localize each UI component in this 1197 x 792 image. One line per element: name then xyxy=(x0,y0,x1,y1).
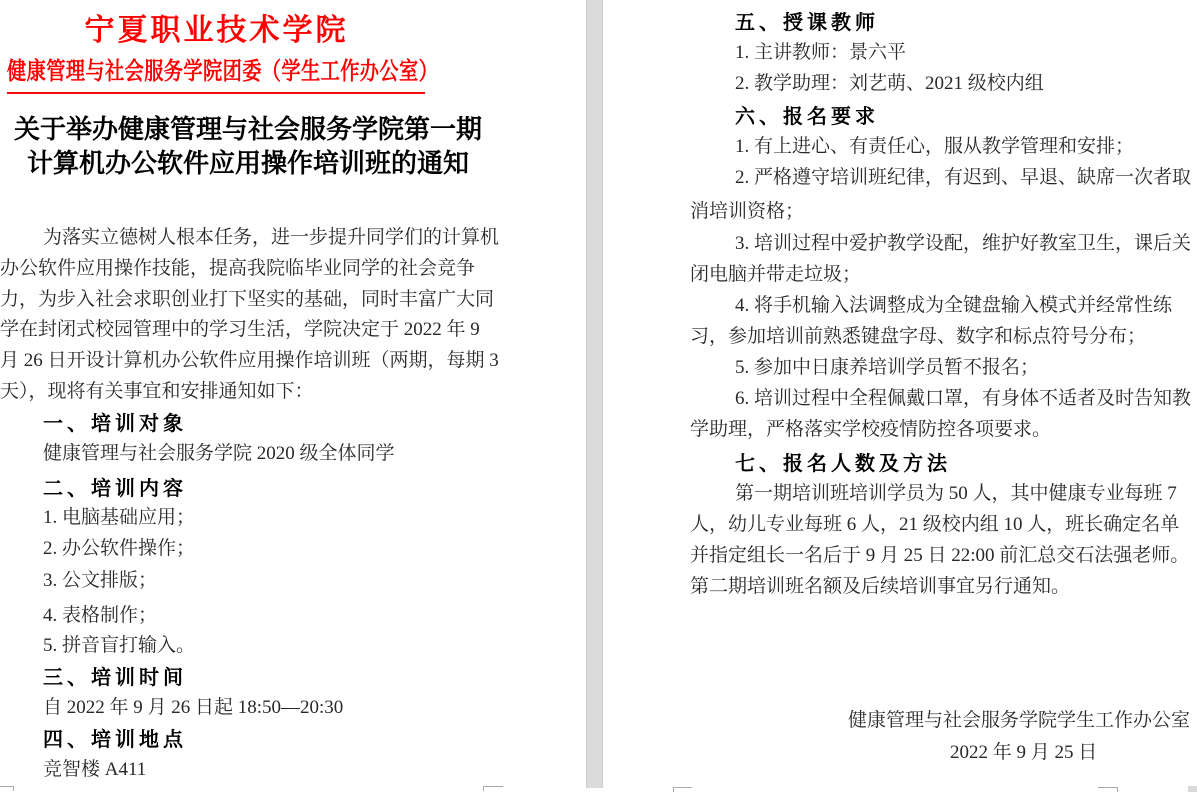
document-view: 宁夏职业技术学院 健康管理与社会服务学院团委（学生工作办公室） 关于举办健康管理… xyxy=(0,0,1197,792)
signature-line: 健康管理与社会服务学院学生工作办公室 xyxy=(848,705,1190,732)
section-heading: 二、培训内容 xyxy=(43,472,187,501)
text-boundary-mark xyxy=(1098,787,1118,792)
text-boundary-mark xyxy=(673,787,692,792)
list-item: 3. 公文排版； xyxy=(43,565,157,592)
list-item: 2. 教学助理：刘艺萌、2021 级校内组 xyxy=(735,68,1044,95)
text-line: 健康管理与社会服务学院 2020 级全体同学 xyxy=(43,438,395,465)
text-line: 天），现将有关事宜和安排通知如下： xyxy=(0,376,314,403)
document-title-line1: 关于举办健康管理与社会服务学院第一期 xyxy=(0,113,496,147)
text-line: 学在封闭式校园管理中的学习生活，学院决定于 2022 年 9 xyxy=(0,314,480,341)
text-line: 第一期培训班培训学员为 50 人，其中健康专业每班 7 xyxy=(735,478,1177,505)
letterhead-rule xyxy=(7,92,425,94)
section-heading: 五、授课教师 xyxy=(735,6,879,35)
text-line: 消培训资格； xyxy=(690,196,804,223)
text-line: 人，幼儿专业每班 6 人，21 级校内组 10 人，班长确定名单 xyxy=(690,509,1179,536)
text-line: 自 2022 年 9 月 26 日起 18:50—20:30 xyxy=(43,692,343,719)
document-title: 关于举办健康管理与社会服务学院第一期 计算机办公软件应用操作培训班的通知 xyxy=(0,113,496,181)
date-line: 2022 年 9 月 25 日 xyxy=(950,737,1097,764)
text-line: 为落实立德树人根本任务，进一步提升同学们的计算机 xyxy=(43,222,499,249)
text-line: 月 26 日开设计算机办公软件应用操作培训班（两期，每期 3 xyxy=(0,345,499,372)
list-item: 5. 拼音盲打输入。 xyxy=(43,630,195,657)
list-item: 2. 严格遵守培训班纪律，有迟到、早退、缺席一次者取 xyxy=(735,162,1191,189)
list-item: 1. 主讲教师：景六平 xyxy=(735,37,906,64)
text-boundary-mark xyxy=(0,786,14,791)
text-line: 并指定组长一名后于 9 月 25 日 22:00 前汇总交石法强老师。 xyxy=(690,540,1189,567)
list-item: 4. 将手机输入法调整成为全键盘输入模式并经常性练 xyxy=(735,290,1172,317)
list-item: 3. 培训过程中爱护教学设配，维护好教室卫生，课后关 xyxy=(735,228,1191,255)
text-line: 第二期培训班名额及后续培训事宜另行通知。 xyxy=(690,571,1070,598)
section-heading: 四、培训地点 xyxy=(43,723,187,752)
list-item: 4. 表格制作； xyxy=(43,600,157,627)
text-line: 学助理，严格落实学校疫情防控各项要求。 xyxy=(690,414,1051,441)
list-item: 6. 培训过程中全程佩戴口罩，有身体不适者及时告知教 xyxy=(735,383,1191,410)
section-heading: 六、报名要求 xyxy=(735,100,879,129)
text-line: 办公软件应用操作技能，提高我院临毕业同学的社会竞争 xyxy=(0,253,475,280)
section-heading: 一、培训对象 xyxy=(43,407,187,436)
text-line: 习，参加培训前熟悉键盘字母、数字和标点符号分布； xyxy=(690,321,1146,348)
organization-title: 宁夏职业技术学院 xyxy=(0,5,433,49)
left-page: 宁夏职业技术学院 健康管理与社会服务学院团委（学生工作办公室） 关于举办健康管理… xyxy=(0,0,586,792)
list-item: 1. 有上进心、有责任心，服从教学管理和安排； xyxy=(735,131,1134,158)
text-boundary-mark xyxy=(483,786,503,791)
document-title-line2: 计算机办公软件应用操作培训班的通知 xyxy=(0,147,496,181)
page-gap xyxy=(586,0,603,788)
list-item: 5. 参加中日康养培训学员暂不报名； xyxy=(735,352,1039,379)
list-item: 2. 办公软件操作； xyxy=(43,533,195,560)
department-title: 健康管理与社会服务学院团委（学生工作办公室） xyxy=(7,51,438,86)
list-item: 1. 电脑基础应用； xyxy=(43,502,195,529)
text-line: 闭电脑并带走垃圾； xyxy=(690,259,861,286)
text-line: 竞智楼 A411 xyxy=(43,754,146,781)
right-page: 五、授课教师 1. 主讲教师：景六平 2. 教学助理：刘艺萌、2021 级校内组… xyxy=(603,0,1197,792)
page-gap-corner xyxy=(1188,786,1197,792)
text-line: 力，为步入社会求职创业打下坚实的基础，同时丰富广大同 xyxy=(0,284,494,311)
section-heading: 三、培训时间 xyxy=(43,661,187,690)
section-heading: 七、报名人数及方法 xyxy=(735,447,951,476)
